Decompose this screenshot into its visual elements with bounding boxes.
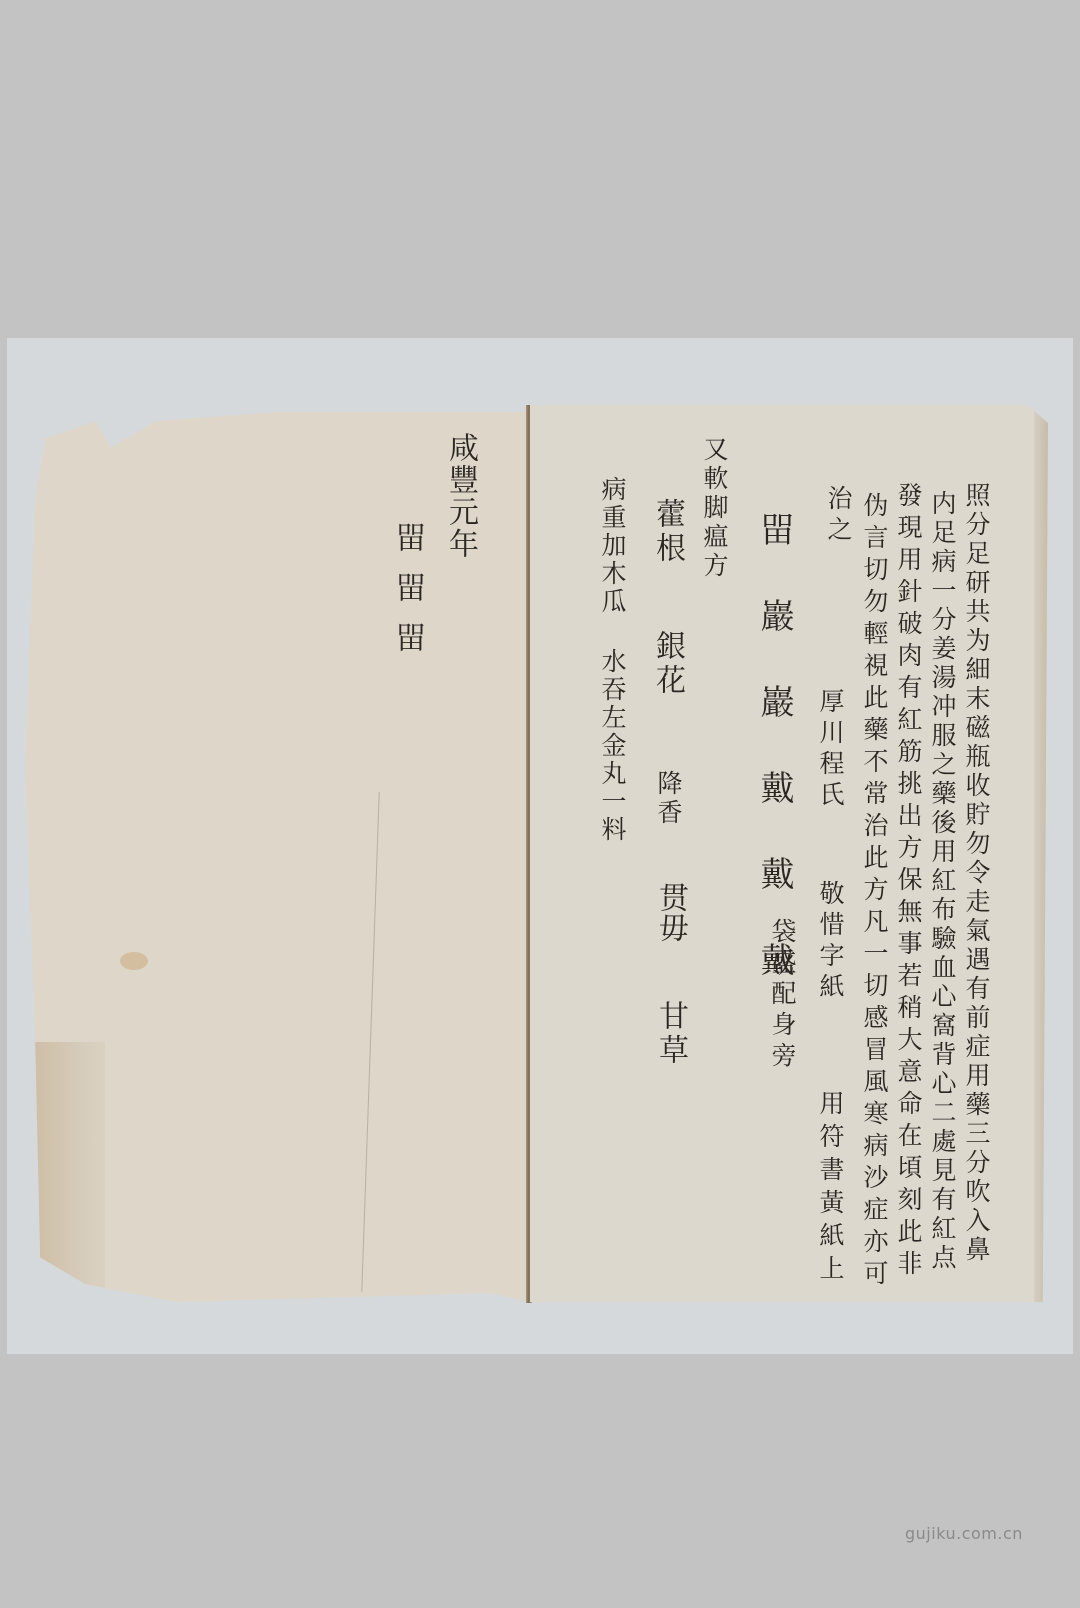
left-page-practice-characters: 㽞㽞㽞 [392, 522, 422, 672]
recipe-title-column: 又軟脚瘟方 [702, 436, 727, 581]
text-column-4: 伪言切勿輕視此藥不常治此方凡一切感冒風寒病沙症亦可 [862, 492, 887, 1292]
herb-guan-zhong: 贯毋 [655, 882, 685, 942]
herb-jiang-xiang: 降香 [656, 770, 681, 828]
herb-gan-cao: 甘草 [655, 1000, 685, 1068]
paper-spot [120, 952, 148, 970]
herb-huo-gen: 藿根 [652, 498, 682, 566]
left-page-date-column: 咸豐元年 [445, 432, 475, 560]
text-column-2: 内足病一分姜湯冲服之藥後用紅布驗血心窩背心二處見有紅点 [930, 490, 955, 1273]
respect-paper-column: 敬惜字紙 [818, 880, 843, 1004]
talisman-instruction-column: 用符書黃紙上 [818, 1090, 843, 1288]
herb-yin-hua: 銀花 [652, 630, 682, 698]
dosage-note-column: 病重加木瓜 水吞左金丸一料 [600, 476, 625, 844]
signature-column: 厚川程氏 [818, 688, 843, 812]
talisman-characters-column: 㽞 巖 巖 戴 戴 戴 [757, 512, 791, 982]
text-column-3: 發現用針破肉有紅筋挑出方保無事若稍大意命在頃刻此非 [896, 482, 921, 1282]
page-fold-line [361, 792, 379, 1292]
site-watermark: gujiku.com.cn [905, 1524, 1023, 1543]
text-column-5: 治之 [826, 485, 851, 547]
carry-instruction-column: 袋盛配身旁 [770, 918, 795, 1073]
text-column-1: 照分足研共为細末磁瓶收貯勿令走氣遇有前症用藥三分吹入鼻 [964, 482, 989, 1265]
